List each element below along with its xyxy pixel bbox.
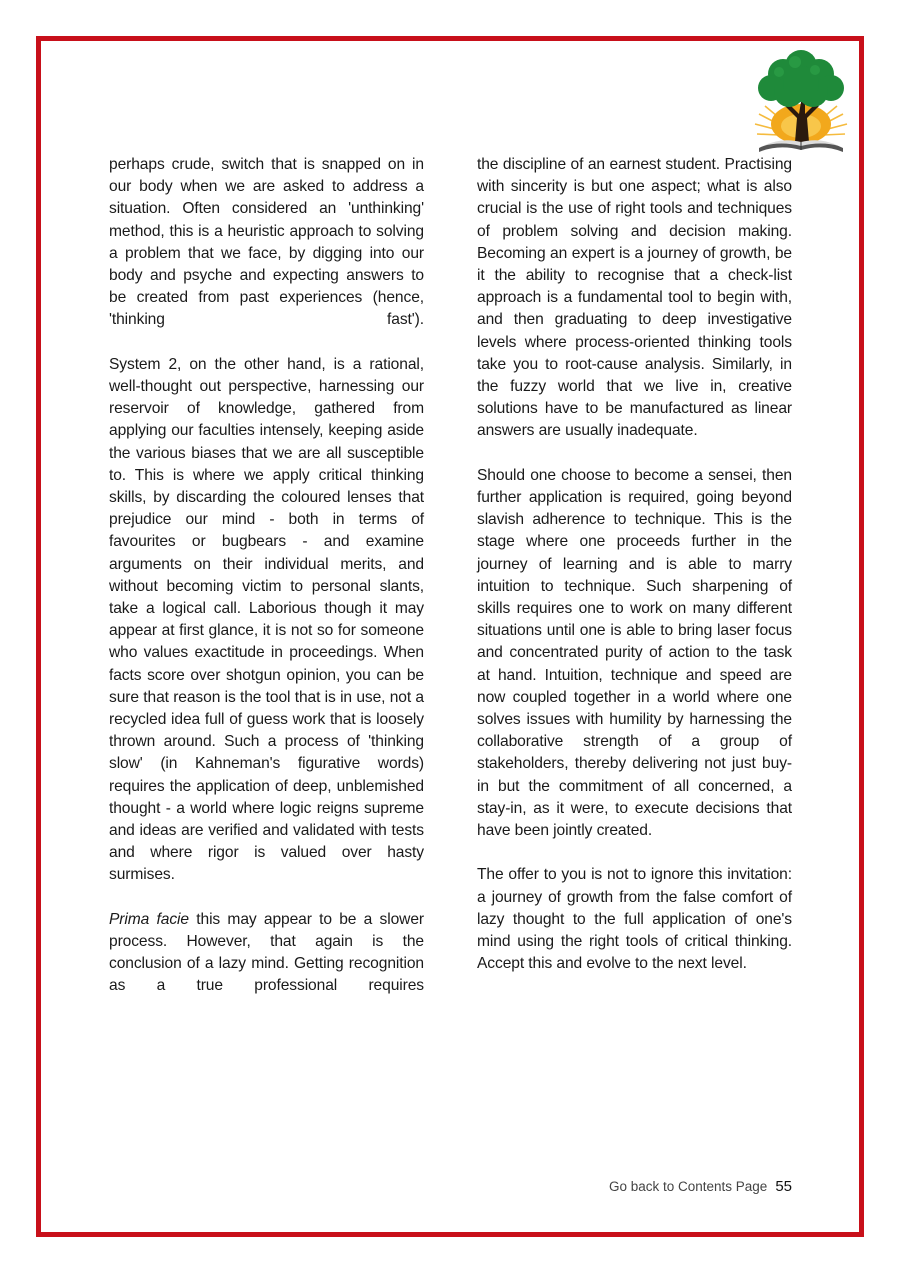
- page-number: 55: [775, 1178, 792, 1195]
- body-paragraph: Should one choose to become a sensei, th…: [477, 465, 792, 842]
- right-text-column: the discipline of an earnest student. Pr…: [477, 154, 792, 998]
- body-paragraph: The offer to you is not to ignore this i…: [477, 864, 792, 975]
- body-paragraph: the discipline of an earnest student. Pr…: [477, 154, 792, 443]
- left-text-column: perhaps crude, switch that is snapped on…: [109, 154, 424, 1020]
- go-back-to-contents-link[interactable]: Go back to Contents Page: [609, 1179, 767, 1194]
- italic-phrase: Prima facie: [109, 911, 189, 928]
- body-paragraph: perhaps crude, switch that is snapped on…: [109, 154, 424, 332]
- body-paragraph: System 2, on the other hand, is a ration…: [109, 354, 424, 887]
- body-paragraph: Prima facie this may appear to be a slow…: [109, 909, 424, 998]
- page-footer: Go back to Contents Page 55: [609, 1178, 792, 1195]
- tree-over-open-book-logo-icon: [745, 44, 857, 154]
